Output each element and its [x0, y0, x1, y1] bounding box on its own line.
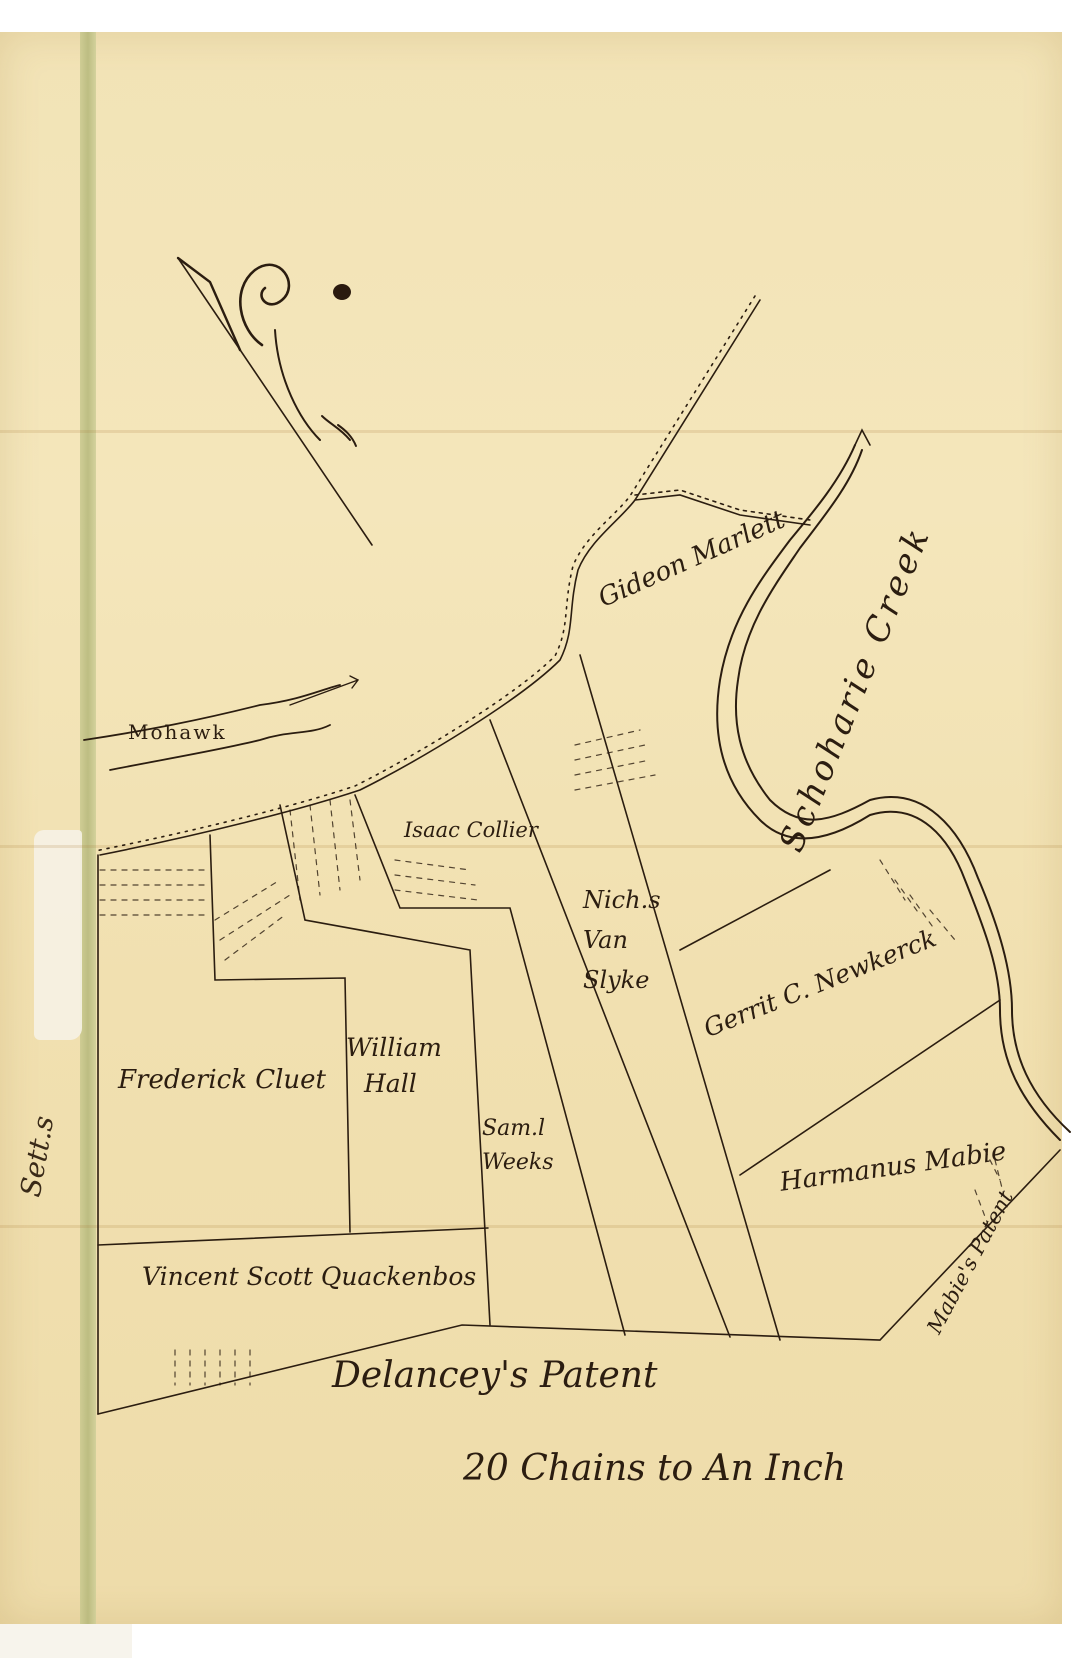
adjacent-label-delanceys-patent: Delancey's Patent — [332, 1355, 657, 1396]
label-line: Van — [583, 920, 661, 960]
river-label: Mohawk — [128, 720, 227, 744]
label-line: Weeks — [482, 1146, 553, 1180]
label-line: Hall — [346, 1066, 442, 1102]
parcel-label-frederick-cluet: Frederick Cluet — [118, 1065, 326, 1095]
label-line: Slyke — [583, 960, 661, 1000]
parcel-label-van-slyke: Nich.s Van Slyke — [583, 880, 661, 1000]
label-line: Sam.l — [482, 1112, 553, 1146]
parcel-label-sam-weeks: Sam.l Weeks — [482, 1112, 553, 1180]
parcel-label-william-hall: William Hall — [346, 1030, 442, 1102]
map-drawing — [0, 0, 1091, 1658]
compass-needle-icon — [178, 258, 372, 545]
ink-blot — [333, 284, 351, 300]
parcel-label-isaac-collier: Isaac Collier — [404, 818, 538, 842]
label-line: Nich.s — [583, 880, 661, 920]
label-line: William — [346, 1030, 442, 1066]
parcel-label-vincent-quackenbos: Vincent Scott Quackenbos — [142, 1262, 476, 1291]
scale-note: 20 Chains to An Inch — [463, 1448, 846, 1489]
